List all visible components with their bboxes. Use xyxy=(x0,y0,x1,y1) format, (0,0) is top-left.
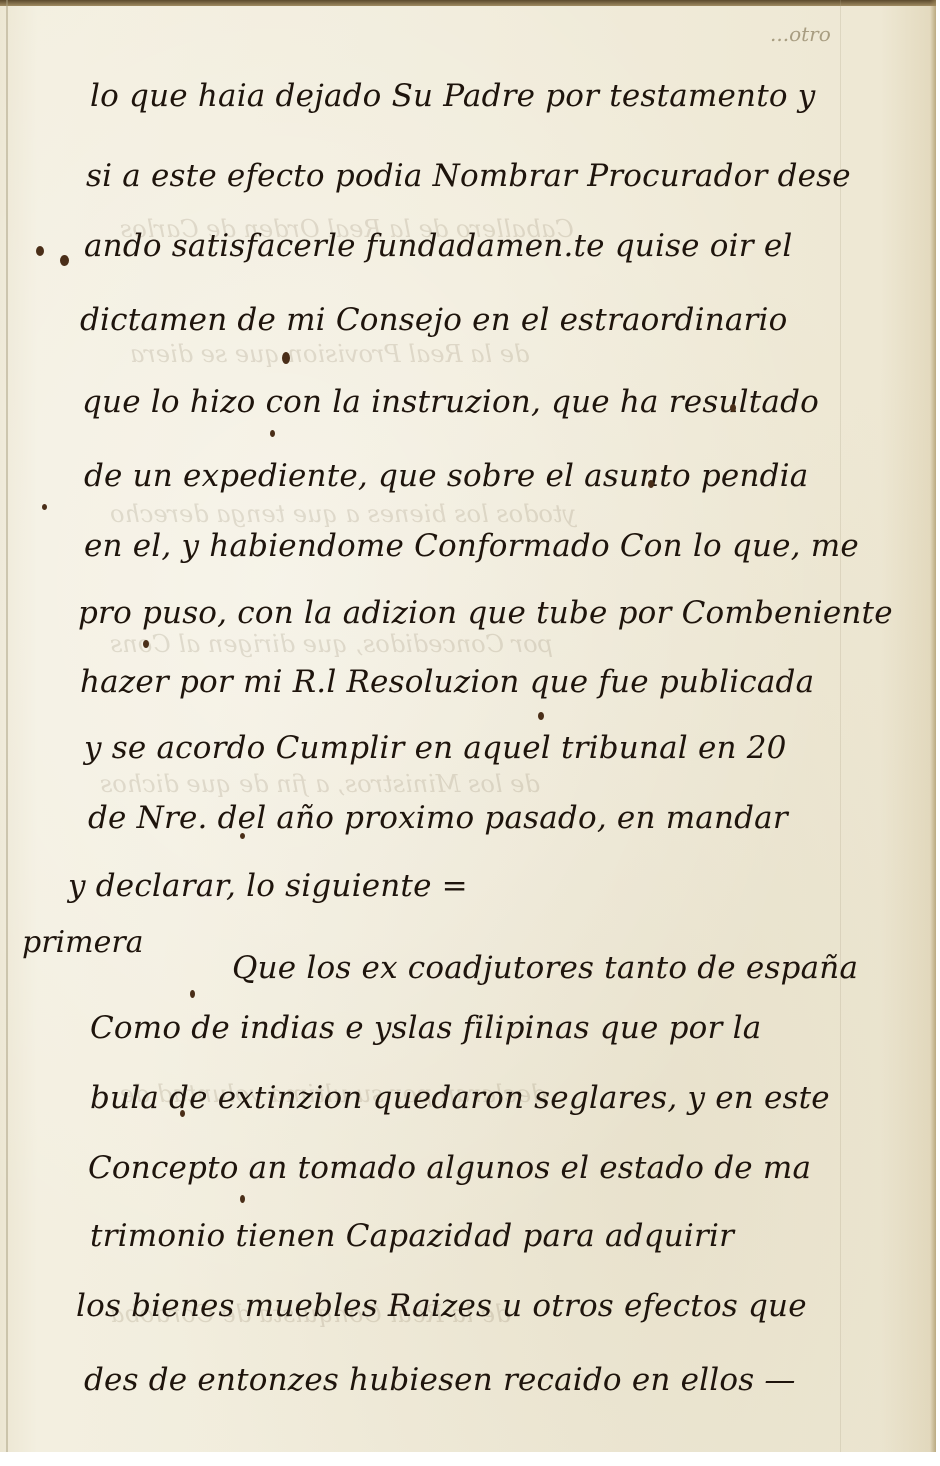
page-bottom-edge xyxy=(0,1452,936,1460)
section-line-6: los bienes muebles Raizes u otros efecto… xyxy=(76,1288,807,1324)
section-line-3: bula de extinzion quedaron seglares, y e… xyxy=(90,1080,830,1116)
manuscript-page: Caballero de la Real Orden de Carlos de … xyxy=(0,0,936,1460)
ink-spot xyxy=(240,833,245,839)
text-line-11: de Nre. del año proximo pasado, en manda… xyxy=(88,800,788,836)
section-label-primera: primera xyxy=(22,925,144,960)
ink-spot xyxy=(36,246,44,256)
ink-spot xyxy=(270,430,275,437)
page-right-edge xyxy=(930,0,936,1460)
text-line-9: hazer por mi R.l Resoluzion que fue publ… xyxy=(80,664,814,700)
text-line-2: si a este efecto podia Nombrar Procurado… xyxy=(86,158,851,194)
ink-spot xyxy=(42,504,47,510)
text-line-6: de un expediente, que sobre el asunto pe… xyxy=(84,458,808,494)
text-line-1: lo que haia dejado Su Padre por testamen… xyxy=(90,78,815,114)
page-top-edge xyxy=(0,0,936,6)
ink-spot xyxy=(143,640,149,648)
text-line-5: que lo hizo con la instruzion, que ha re… xyxy=(82,384,819,420)
section-line-7: des de entonzes hubiesen recaido en ello… xyxy=(84,1362,796,1398)
ink-spot xyxy=(538,712,544,720)
ink-spot xyxy=(190,990,195,998)
binding-margin-line xyxy=(6,0,8,1460)
ink-spot xyxy=(180,1110,185,1117)
fold-line xyxy=(840,0,841,1460)
section-line-4: Concepto an tomado algunos el estado de … xyxy=(88,1150,811,1186)
bleed-through-text: por Concedidos, que dirigen al Cons xyxy=(110,630,553,658)
bleed-through-text: de los Ministros, a fin de que dichos xyxy=(100,770,540,798)
ink-spot xyxy=(648,480,654,488)
bleed-through-text: de la Real Provision que se diera xyxy=(130,340,529,368)
section-line-1: Que los ex coadjutores tanto de españa xyxy=(232,950,858,986)
ink-spot xyxy=(282,352,290,364)
text-line-8: pro puso, con la adizion que tube por Co… xyxy=(78,595,893,631)
folio-number: ...otro xyxy=(770,22,831,46)
bleed-through-text: ytodos los bienes a que tenga derecho xyxy=(110,500,576,528)
text-line-7: en el, y habiendome Conformado Con lo qu… xyxy=(84,528,859,564)
ink-spot xyxy=(240,1195,245,1203)
text-line-3: ando satisfacerle fundadamen.te quise oi… xyxy=(84,228,793,264)
text-line-4: dictamen de mi Consejo en el estraordina… xyxy=(80,302,788,338)
text-line-12: y declarar, lo siguiente = xyxy=(68,868,468,904)
text-line-10: y se acordo Cumplir en aquel tribunal en… xyxy=(84,730,787,766)
ink-spot xyxy=(730,404,736,412)
section-line-2: Como de indias e yslas filipinas que por… xyxy=(90,1010,761,1046)
section-line-5: trimonio tienen Capazidad para adquirir xyxy=(90,1218,734,1254)
ink-spot xyxy=(60,255,69,266)
